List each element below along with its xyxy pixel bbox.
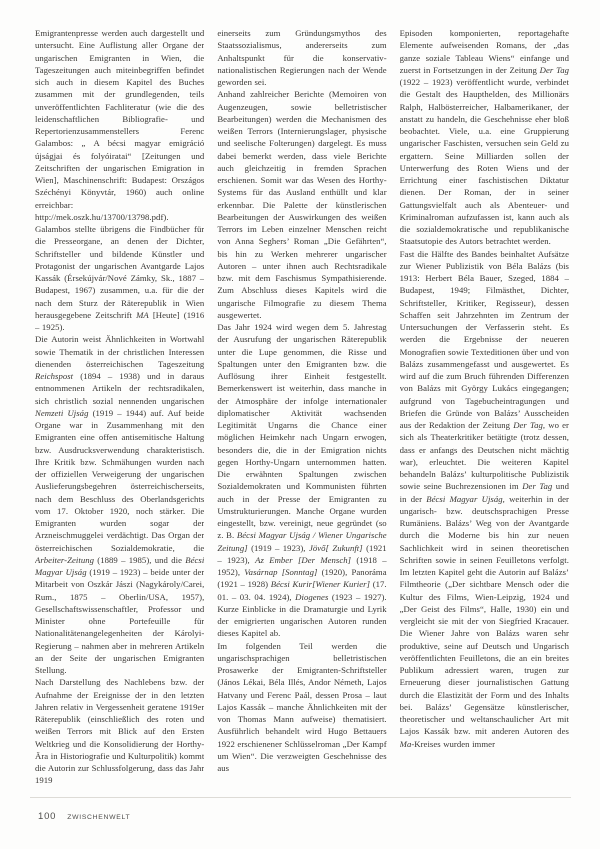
article-text-area: Emigrantenpresse werden auch dargestellt… — [35, 27, 569, 793]
document-page: Emigrantenpresse werden auch dargestellt… — [0, 0, 600, 849]
footer-divider — [30, 797, 571, 798]
page-number: 100 — [38, 811, 56, 822]
paragraph: einerseits zum Gründungsmythos des Staat… — [217, 27, 386, 88]
text-column-2: einerseits zum Gründungsmythos des Staat… — [217, 27, 386, 793]
text-column-3: Episoden komponierten, reportagehafte El… — [400, 27, 569, 793]
text-column-1: Emigrantenpresse werden auch dargestellt… — [35, 27, 204, 793]
paragraph: Emigrantenpresse werden auch dargestellt… — [35, 27, 204, 333]
page-footer: 100 ZWISCHENWELT — [38, 811, 130, 822]
paragraph: Anhand zahlreicher Berichte (Memoiren vo… — [217, 88, 386, 321]
paragraph: Episoden komponierten, reportagehafte El… — [400, 27, 569, 248]
paragraph: Fast die Hälfte des Bandes beinhaltet Au… — [400, 248, 569, 750]
paragraph: Die Autorin weist Ähnlichkeiten in Wortw… — [35, 333, 204, 676]
paragraph: Im folgenden Teil werden die ungarischsp… — [217, 640, 386, 775]
paragraph: Nach Darstellung des Nachlebens bzw. der… — [35, 676, 204, 786]
paragraph: Das Jahr 1924 wird wegen dem 5. Jahresta… — [217, 321, 386, 640]
journal-title: ZWISCHENWELT — [67, 814, 130, 821]
